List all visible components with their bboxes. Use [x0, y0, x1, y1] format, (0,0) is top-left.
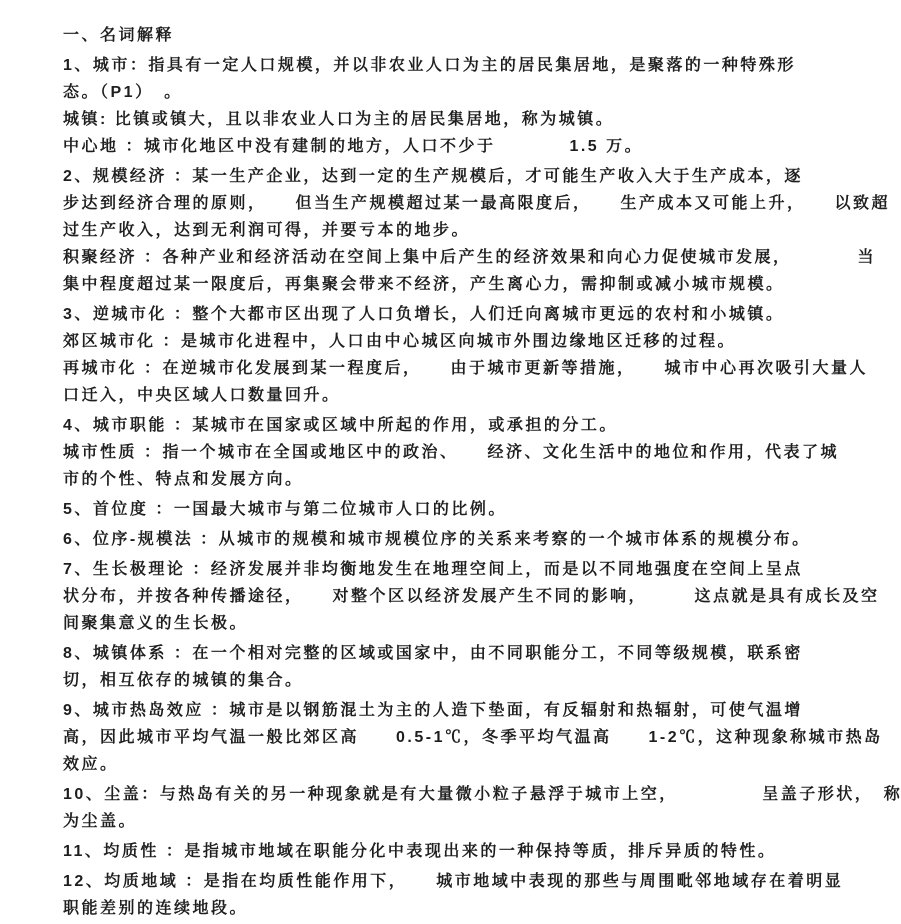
text-line: 间聚集意义的生长极。 — [63, 610, 873, 637]
text-line: 1、城市：指具有一定人口规模，并以非农业人口为主的居民集居地，是聚落的一种特殊形 — [63, 52, 873, 79]
text-line: 积聚经济 ：各种产业和经济活动在空间上集中后产生的经济效果和向心力促使城市发展，… — [63, 244, 873, 271]
text-line: 状分布，并按各种传播途径， 对整个区以经济发展产生不同的影响， 这点就是具有成长… — [63, 583, 873, 610]
text-line: 步达到经济合理的原则， 但当生产规模超过某一最高限度后， 生产成本又可能上升， … — [63, 190, 873, 217]
text-line: 郊区城市化 ：是城市化进程中，人口由中心城区向城市外围边缘地区迁移的过程。 — [63, 328, 873, 355]
definition-paragraph: 10、尘盖：与热岛有关的另一种现象就是有大量微小粒子悬浮于城市上空， 呈盖子形状… — [63, 781, 873, 835]
text-line: 3、逆城市化 ：整个大都市区出现了人口负增长，人们迁向离城市更远的农村和小城镇。 — [63, 301, 873, 328]
document-page: 一、名词解释 1、城市：指具有一定人口规模，并以非农业人口为主的居民集居地，是聚… — [0, 0, 901, 924]
text-line: 2、规模经济 ：某一生产企业，达到一定的生产规模后，才可能生产收入大于生产成本，… — [63, 163, 873, 190]
text-line: 为尘盖。 — [63, 808, 873, 835]
text-line: 城市性质 ：指一个城市在全国或地区中的政治、 经济、文化生活中的地位和作用，代表… — [63, 439, 873, 466]
definition-paragraph: 5、首位度 ：一国最大城市与第二位城市人口的比例。 — [63, 496, 873, 523]
text-line: 城镇: 比镇或镇大，且以非农业人口为主的居民集居地，称为城镇。 — [63, 106, 873, 133]
text-line: 中心地 ：城市化地区中没有建制的地方，人口不少于 1.5 万。 — [63, 133, 873, 160]
definition-paragraph: 2、规模经济 ：某一生产企业，达到一定的生产规模后，才可能生产收入大于生产成本，… — [63, 163, 873, 244]
text-line: 职能差别的连续地段。 — [63, 895, 873, 922]
definition-paragraph: 12、均质地域 ：是指在均质性能作用下， 城市地域中表现的那些与周围毗邻地域存在… — [63, 868, 873, 922]
sub-definition-paragraph: 中心地 ：城市化地区中没有建制的地方，人口不少于 1.5 万。 — [63, 133, 873, 160]
definition-paragraph: 6、位序-规模法 ：从城市的规模和城市规模位序的关系来考察的一个城市体系的规模分… — [63, 526, 873, 553]
text-line: 7、生长极理论 ：经济发展并非均衡地发生在地理空间上，而是以不同地强度在空间上呈… — [63, 556, 873, 583]
sub-definition-paragraph: 城镇: 比镇或镇大，且以非农业人口为主的居民集居地，称为城镇。 — [63, 106, 873, 133]
text-line: 5、首位度 ：一国最大城市与第二位城市人口的比例。 — [63, 496, 873, 523]
text-line: 市的个性、特点和发展方向。 — [63, 466, 873, 493]
text-line: 过生产收入，达到无利润可得，并要亏本的地步。 — [63, 217, 873, 244]
text-line: 12、均质地域 ：是指在均质性能作用下， 城市地域中表现的那些与周围毗邻地域存在… — [63, 868, 873, 895]
text-line: 6、位序-规模法 ：从城市的规模和城市规模位序的关系来考察的一个城市体系的规模分… — [63, 526, 873, 553]
document-content: 一、名词解释 1、城市：指具有一定人口规模，并以非农业人口为主的居民集居地，是聚… — [63, 22, 873, 922]
paragraph-container: 1、城市：指具有一定人口规模，并以非农业人口为主的居民集居地，是聚落的一种特殊形… — [63, 52, 873, 922]
sub-definition-paragraph: 积聚经济 ：各种产业和经济活动在空间上集中后产生的经济效果和向心力促使城市发展，… — [63, 244, 873, 298]
text-line: 口迁入，中央区域人口数量回升。 — [63, 382, 873, 409]
definition-paragraph: 8、城镇体系 ：在一个相对完整的区域或国家中，由不同职能分工，不同等级规模，联系… — [63, 640, 873, 694]
definition-paragraph: 11、均质性 ：是指城市地域在职能分化中表现出来的一种保持等质，排斥异质的特性。 — [63, 838, 873, 865]
text-line: 集中程度超过某一限度后，再集聚会带来不经济，产生离心力，需抑制或减小城市规模。 — [63, 271, 873, 298]
text-line: 9、城市热岛效应 ：城市是以钢筋混土为主的人造下垫面，有反辐射和热辐射，可使气温… — [63, 697, 873, 724]
definition-paragraph: 3、逆城市化 ：整个大都市区出现了人口负增长，人们迁向离城市更远的农村和小城镇。 — [63, 301, 873, 328]
sub-definition-paragraph: 再城市化 ：在逆城市化发展到某一程度后， 由于城市更新等措施， 城市中心再次吸引… — [63, 355, 873, 409]
text-line: 11、均质性 ：是指城市地域在职能分化中表现出来的一种保持等质，排斥异质的特性。 — [63, 838, 873, 865]
definition-paragraph: 9、城市热岛效应 ：城市是以钢筋混土为主的人造下垫面，有反辐射和热辐射，可使气温… — [63, 697, 873, 778]
text-line: 态。（P1） 。 — [63, 79, 873, 106]
text-line: 效应。 — [63, 751, 873, 778]
text-line: 4、城市职能 ：某城市在国家或区域中所起的作用，或承担的分工。 — [63, 412, 873, 439]
text-line: 8、城镇体系 ：在一个相对完整的区域或国家中，由不同职能分工，不同等级规模，联系… — [63, 640, 873, 667]
text-line: 切，相互依存的城镇的集合。 — [63, 667, 873, 694]
definition-paragraph: 7、生长极理论 ：经济发展并非均衡地发生在地理空间上，而是以不同地强度在空间上呈… — [63, 556, 873, 637]
sub-definition-paragraph: 郊区城市化 ：是城市化进程中，人口由中心城区向城市外围边缘地区迁移的过程。 — [63, 328, 873, 355]
sub-definition-paragraph: 城市性质 ：指一个城市在全国或地区中的政治、 经济、文化生活中的地位和作用，代表… — [63, 439, 873, 493]
definition-paragraph: 1、城市：指具有一定人口规模，并以非农业人口为主的居民集居地，是聚落的一种特殊形… — [63, 52, 873, 106]
text-line: 10、尘盖：与热岛有关的另一种现象就是有大量微小粒子悬浮于城市上空， 呈盖子形状… — [63, 781, 873, 808]
definition-paragraph: 4、城市职能 ：某城市在国家或区域中所起的作用，或承担的分工。 — [63, 412, 873, 439]
section-heading: 一、名词解释 — [63, 22, 873, 49]
text-line: 高，因此城市平均气温一般比郊区高 0.5-1℃，冬季平均气温高 1-2℃，这种现… — [63, 724, 873, 751]
text-line: 再城市化 ：在逆城市化发展到某一程度后， 由于城市更新等措施， 城市中心再次吸引… — [63, 355, 873, 382]
